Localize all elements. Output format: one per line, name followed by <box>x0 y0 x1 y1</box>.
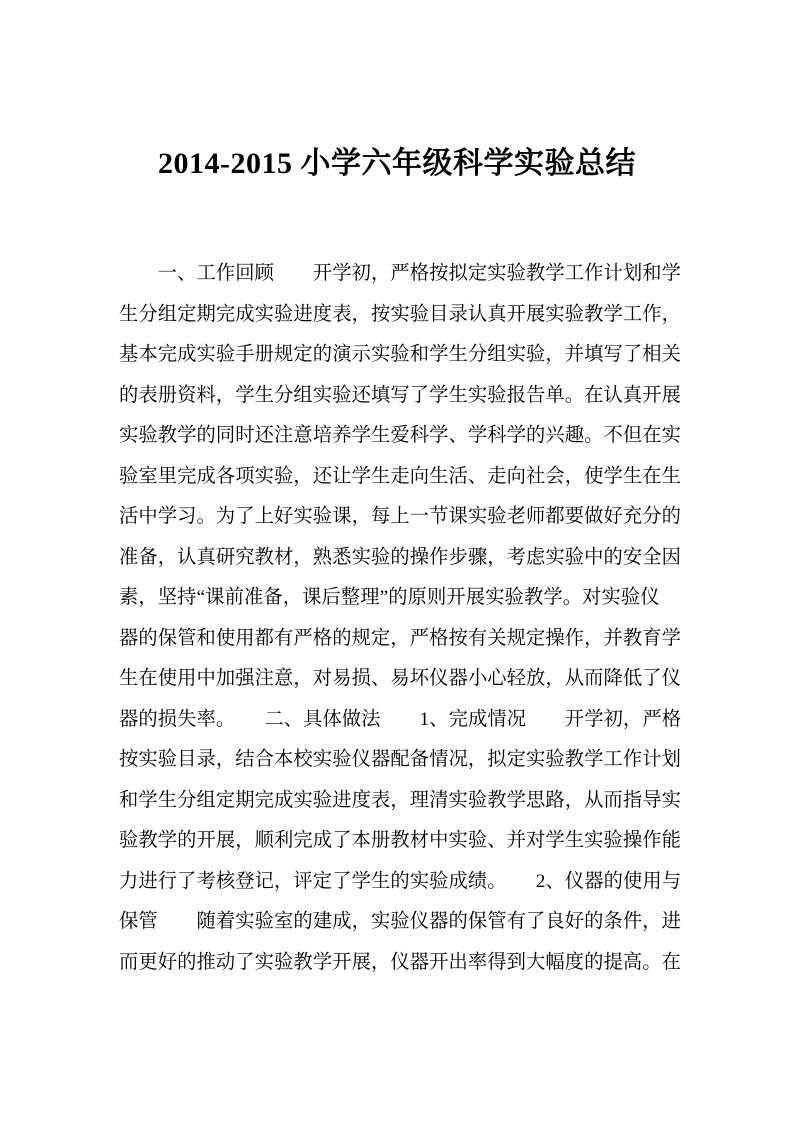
body-line: 素，坚持“课前准备，课后整理”的原则开展实验教学。对实验仪 <box>119 578 685 619</box>
body-line: 活中学习。为了上好实验课，每上一节课实验老师都要做好充分的 <box>119 497 685 538</box>
body-line: 生分组定期完成实验进度表，按实验目录认真开展实验教学工作， <box>119 295 685 336</box>
body-line: 保管 随着实验室的建成，实验仪器的保管有了良好的条件，进 <box>119 902 685 943</box>
body-line: 一、工作回顾 开学初，严格按拟定实验教学工作计划和学 <box>119 254 685 295</box>
body-line: 按实验目录，结合本校实验仪器配备情况，拟定实验教学工作计划 <box>119 740 685 781</box>
body-line: 基本完成实验手册规定的演示实验和学生分组实验，并填写了相关 <box>119 335 685 376</box>
body-line: 器的损失率。 二、具体做法 1、完成情况 开学初，严格 <box>119 700 685 741</box>
body-line: 器的保管和使用都有严格的规定，严格按有关规定操作，并教育学 <box>119 619 685 660</box>
document-title: 2014-2015 小学六年级科学实验总结 <box>0 146 794 182</box>
body-line: 和学生分组定期完成实验进度表，理清实验教学思路，从而指导实 <box>119 781 685 822</box>
body-line: 的表册资料，学生分组实验还填写了学生实验报告单。在认真开展 <box>119 376 685 417</box>
body-line: 验教学的开展，顺利完成了本册教材中实验、并对学生实验操作能 <box>119 821 685 862</box>
document-page: 2014-2015 小学六年级科学实验总结 一、工作回顾 开学初，严格按拟定实验… <box>0 0 794 1123</box>
body-line: 生在使用中加强注意，对易损、易坏仪器小心轻放，从而降低了仪 <box>119 659 685 700</box>
body-line: 准备，认真研究教材，熟悉实验的操作步骤，考虑实验中的安全因 <box>119 538 685 579</box>
body-line: 实验教学的同时还注意培养学生爱科学、学科学的兴趣。不但在实 <box>119 416 685 457</box>
body-line: 而更好的推动了实验教学开展，仪器开出率得到大幅度的提高。在 <box>119 943 685 984</box>
document-body: 一、工作回顾 开学初，严格按拟定实验教学工作计划和学生分组定期完成实验进度表，按… <box>119 254 685 983</box>
body-line: 验室里完成各项实验，还让学生走向生活、走向社会，使学生在生 <box>119 457 685 498</box>
body-line: 力进行了考核登记，评定了学生的实验成绩。 2、仪器的使用与 <box>119 862 685 903</box>
